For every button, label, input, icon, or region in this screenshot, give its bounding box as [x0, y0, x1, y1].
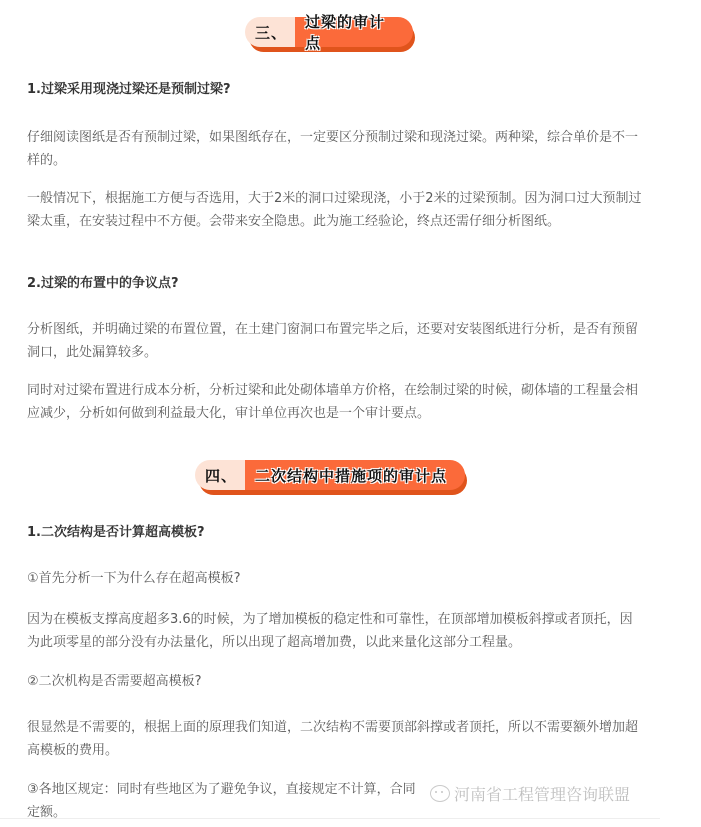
paragraph: ②二次机构是否需要超高模板? — [27, 670, 642, 693]
question-heading: 2.过梁的布置中的争议点? — [27, 272, 642, 295]
bottom-divider — [0, 818, 660, 819]
question-heading: 1.过梁采用现浇过梁还是预制过梁? — [27, 78, 642, 101]
section-number: 三、 — [245, 17, 295, 47]
paragraph: 分析图纸，并明确过梁的布置位置，在土建门窗洞口布置完毕之后，还要对安装图纸进行分… — [27, 318, 642, 364]
paragraph: ①首先分析一下为什么存在超高模板? — [27, 567, 642, 590]
question-heading: 1.二次结构是否计算超高模板? — [27, 521, 642, 544]
paragraph: 因为在模板支撑高度超多3.6的时候，为了增加模板的稳定性和可靠性，在顶部增加模板… — [27, 608, 642, 654]
paragraph: 一般情况下，根据施工方便与否选用，大于2米的洞口过梁现浇，小于2米的过梁预制。因… — [27, 187, 642, 233]
article-page: 三、 过梁的审计点 1.过梁采用现浇过梁还是预制过梁? 仔细阅读图纸是否有预制过… — [0, 0, 660, 818]
paragraph: 很显然是不需要的，根据上面的原理我们知道，二次结构不需要顶部斜撑或者顶托，所以不… — [27, 716, 642, 762]
section-title: 二次结构中措施项的审计点 — [245, 460, 465, 490]
section-banner-4: 四、 二次结构中措施项的审计点 — [195, 460, 465, 490]
watermark-text: 河南省工程管理咨询联盟 — [454, 782, 630, 805]
section-banner-3: 三、 过梁的审计点 — [245, 17, 413, 47]
paragraph: 同时对过梁布置进行成本分析，分析过梁和此处砌体墙单方价格，在绘制过梁的时候，砌体… — [27, 379, 642, 425]
section-number: 四、 — [195, 460, 245, 490]
watermark: 河南省工程管理咨询联盟 — [430, 780, 630, 806]
section-title: 过梁的审计点 — [295, 17, 413, 47]
paragraph: 仔细阅读图纸是否有预制过梁，如果图纸存在，一定要区分预制过梁和现浇过梁。两种梁，… — [27, 126, 642, 172]
wechat-icon — [430, 785, 450, 802]
